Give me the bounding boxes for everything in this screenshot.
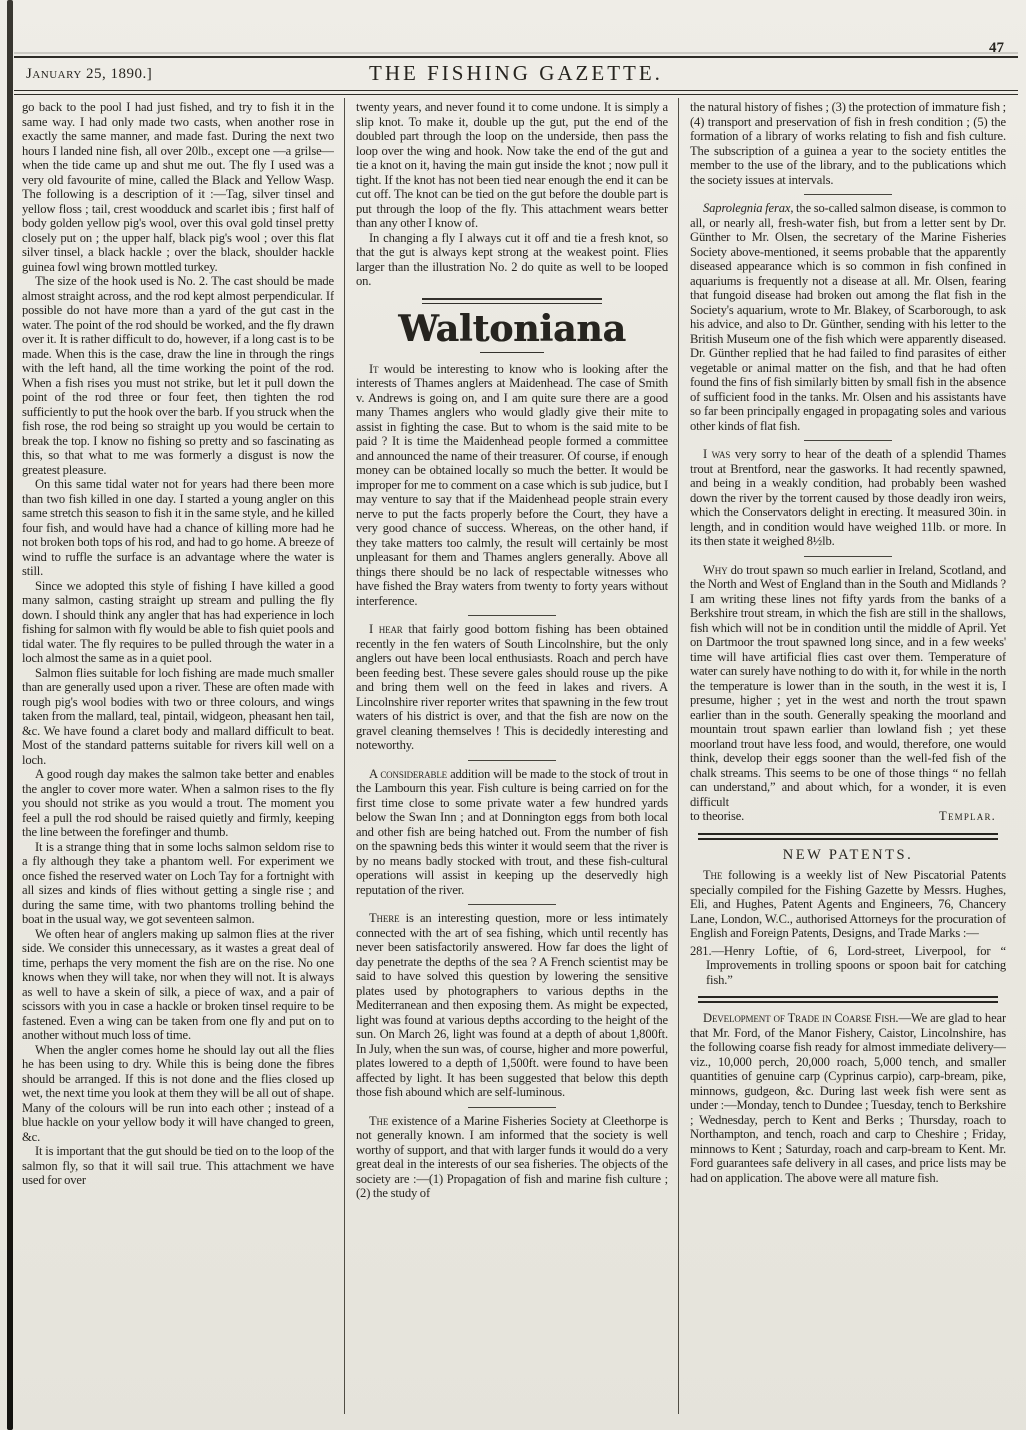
section-divider-heavy	[698, 996, 998, 1003]
note-divider	[804, 194, 892, 195]
paragraph-tail: to theorise.	[690, 809, 744, 824]
section-divider	[480, 352, 544, 353]
article-paragraph: go back to the pool I had just fished, a…	[22, 100, 334, 274]
article-paragraph: It is a strange thing that in some lochs…	[22, 840, 334, 927]
header-top-rule	[14, 56, 1018, 58]
article-paragraph: On this same tidal water not for years h…	[22, 477, 334, 579]
column-2: twenty years, and never found it to come…	[356, 100, 668, 1418]
note-lead: The	[369, 1114, 388, 1128]
note-divider	[468, 760, 556, 761]
section-divider-heavy	[698, 833, 998, 840]
note-lead: There	[369, 911, 399, 925]
note-lead: It	[369, 362, 378, 376]
trade-note-paragraph: Development of Trade in Coarse Fish.—We …	[690, 1011, 1006, 1185]
note-lead: Saprolegnia ferax	[703, 201, 790, 215]
note-paragraph: The existence of a Marine Fisheries Soci…	[356, 1114, 668, 1201]
article-paragraph: In changing a fly I always cut it off an…	[356, 231, 668, 289]
book-binding-shadow	[7, 0, 13, 1430]
scanned-newspaper-page: { "header": { "date": "January 25, 1890.…	[0, 0, 1026, 1430]
note-text: do trout spawn so much earlier in Irelan…	[690, 563, 1006, 809]
page-title: THE FISHING GAZETTE.	[26, 61, 1006, 86]
note-text: is an interesting question, more or less…	[356, 911, 668, 1099]
column-1: go back to the pool I had just fished, a…	[22, 100, 334, 1418]
waltoniana-section-title: Waltoniana	[356, 309, 668, 349]
note-lead: Development of Trade in Coarse Fish.	[703, 1011, 898, 1025]
article-paragraph: Salmon flies suitable for loch fishing a…	[22, 666, 334, 768]
note-lead: The	[703, 868, 722, 882]
page-number: 47	[989, 40, 1004, 57]
signature-line: to theorise. Templar.	[690, 809, 1006, 824]
article-paragraph: A good rough day makes the salmon take b…	[22, 767, 334, 840]
article-paragraph: twenty years, and never found it to come…	[356, 100, 668, 231]
note-text: addition will be made to the stock of tr…	[356, 767, 668, 897]
note-divider	[468, 904, 556, 905]
note-divider	[804, 556, 892, 557]
note-paragraph: I was very sorry to hear of the death of…	[690, 447, 1006, 549]
article-paragraph: The size of the hook used is No. 2. The …	[22, 274, 334, 477]
note-text: following is a weekly list of New Piscat…	[690, 868, 1006, 940]
article-paragraph: It is important that the gut should be t…	[22, 1144, 334, 1188]
article-paragraph: the natural history of fishes ; (3) the …	[690, 100, 1006, 187]
note-paragraph: There is an interesting question, more o…	[356, 911, 668, 1100]
new-patents-heading: NEW PATENTS.	[690, 848, 1006, 863]
header-bottom-rule	[14, 90, 1018, 95]
note-paragraph: Why do trout spawn so much earlier in Ir…	[690, 563, 1006, 810]
column-3: the natural history of fishes ; (3) the …	[690, 100, 1006, 1418]
author-signature: Templar.	[939, 809, 1006, 824]
article-paragraph: Since we adopted this style of fishing I…	[22, 579, 334, 666]
note-paragraph: I hear that fairly good bottom fishing h…	[356, 622, 668, 753]
note-paragraph: It would be interesting to know who is l…	[356, 362, 668, 609]
note-text: existence of a Marine Fisheries Society …	[356, 1114, 668, 1201]
note-lead: A considerable	[369, 767, 447, 781]
note-divider	[468, 615, 556, 616]
note-text: —We are glad to hear that Mr. Ford, of t…	[690, 1011, 1006, 1185]
note-text: would be interesting to know who is look…	[356, 362, 668, 608]
note-paragraph: A considerable addition will be made to …	[356, 767, 668, 898]
note-divider	[468, 1107, 556, 1108]
note-lead: Why	[703, 563, 727, 577]
note-text: that fairly good bottom fishing has been…	[356, 622, 668, 752]
article-paragraph: When the angler comes home he should lay…	[22, 1043, 334, 1145]
note-lead: I hear	[369, 622, 403, 636]
note-divider	[804, 440, 892, 441]
column-divider-1	[344, 98, 345, 1414]
article-paragraph: We often hear of anglers making up salmo…	[22, 927, 334, 1043]
note-text: , the so-called salmon disease, is commo…	[690, 201, 1006, 433]
note-text: very sorry to hear of the death of a spl…	[690, 447, 1006, 548]
section-divider	[422, 298, 602, 304]
note-paragraph: Saprolegnia ferax, the so-called salmon …	[690, 201, 1006, 433]
page-header: January 25, 1890.] THE FISHING GAZETTE.	[26, 60, 1006, 90]
note-lead: I was	[703, 447, 730, 461]
patents-intro: The following is a weekly list of New Pi…	[690, 868, 1006, 941]
patent-entry: 281.—Henry Loftie, of 6, Lord-street, Li…	[690, 944, 1006, 988]
column-divider-2	[678, 98, 679, 1414]
